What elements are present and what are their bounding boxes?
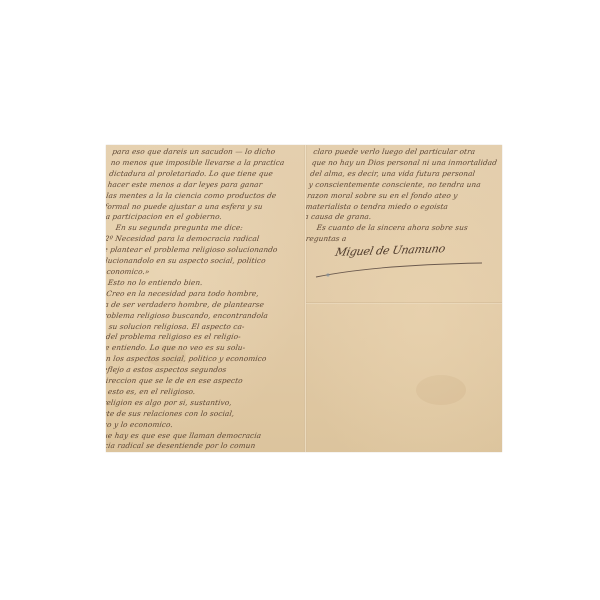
text-line: lo politico y lo economico. xyxy=(106,420,265,431)
text-line: del alma, es decir, una vida futura pers… xyxy=(309,169,499,180)
text-line: Esto no lo entiendo bien. xyxy=(106,278,285,289)
text-line: y conscientemente consciente, no tendra … xyxy=(308,180,498,191)
text-line: dictadura al proletariado. Lo que tiene … xyxy=(108,169,300,180)
right-page-text: claro puede verlo luego del particular o… xyxy=(306,147,502,245)
text-line: En su segunda pregunta me dice: xyxy=(106,223,292,234)
text-line: Creo en la necesidad para todo hombre, xyxy=(106,289,283,300)
text-line: que no hay un Dios personal ni una inmor… xyxy=(311,158,501,169)
text-line: «2º Necesidad para la democracia radical xyxy=(106,234,291,245)
horizontal-crease xyxy=(306,302,502,304)
text-line: si ha de ser verdadero hombre, de plante… xyxy=(106,300,282,311)
text-line: y economico.» xyxy=(106,267,286,278)
text-line: razon moral sobre su en el fondo ateo y xyxy=(306,191,496,202)
right-page: claro puede verlo luego del particular o… xyxy=(306,145,502,452)
text-line: propio, esto es, en el religioso. xyxy=(106,387,269,398)
text-line: y su reflejo a estos aspectos segundos xyxy=(106,365,272,376)
text-line: Es cuanto de la sincera ahora sobre sus xyxy=(306,223,491,234)
signature-flourish xyxy=(314,261,484,281)
text-line: materialista o tendra miedo o egoista xyxy=(306,202,494,213)
text-line: hacer este menos a dar leyes para ganar xyxy=(107,180,299,191)
left-page-text: para eso que dareis un sacudon — lo dich… xyxy=(106,147,303,452)
text-line: Lo que hay es que ese que llaman democra… xyxy=(106,431,263,442)
signature: Miguel de Unamuno xyxy=(334,242,446,259)
text-line: las mentes a la la ciencia como producto… xyxy=(106,191,297,202)
text-line: para eso que dareis un sacudon — lo dich… xyxy=(111,147,303,158)
text-line: pital del problema religioso es el relig… xyxy=(106,332,277,343)
text-line: de la direccion que se le de en ese aspe… xyxy=(106,376,271,387)
text-line: formal no puede ajustar a una esfera y s… xyxy=(106,202,295,213)
text-line: o no, su solucion religiosa. El aspecto … xyxy=(106,322,278,333)
text-line: so que entiendo. Lo que no veo es su sol… xyxy=(106,343,275,354)
text-line: solucionandolo en su aspecto social, pol… xyxy=(106,256,288,267)
text-line: de plantear el problema religioso soluci… xyxy=(106,245,289,256)
left-page: para eso que dareis un sacudon — lo dich… xyxy=(106,145,305,452)
text-line: la participacion en el gobierno. xyxy=(106,212,294,223)
text-line: el problema religioso buscando, encontra… xyxy=(106,311,280,322)
letter-sheet: para eso que dareis un sacudon — lo dich… xyxy=(106,145,502,452)
text-line: no menos que imposible llevarse a la pra… xyxy=(110,158,302,169)
text-line: con ajuste de sus relaciones con lo soci… xyxy=(106,409,266,420)
text-line: democracia radical se desentiende por lo… xyxy=(106,441,262,452)
text-line: claro puede verlo luego del particular o… xyxy=(312,147,502,158)
text-line: a causa de grana. xyxy=(306,212,493,223)
text-line: La religion es algo por si, sustantivo, xyxy=(106,398,268,409)
text-line: cion en los aspectos social, politico y … xyxy=(106,354,274,365)
